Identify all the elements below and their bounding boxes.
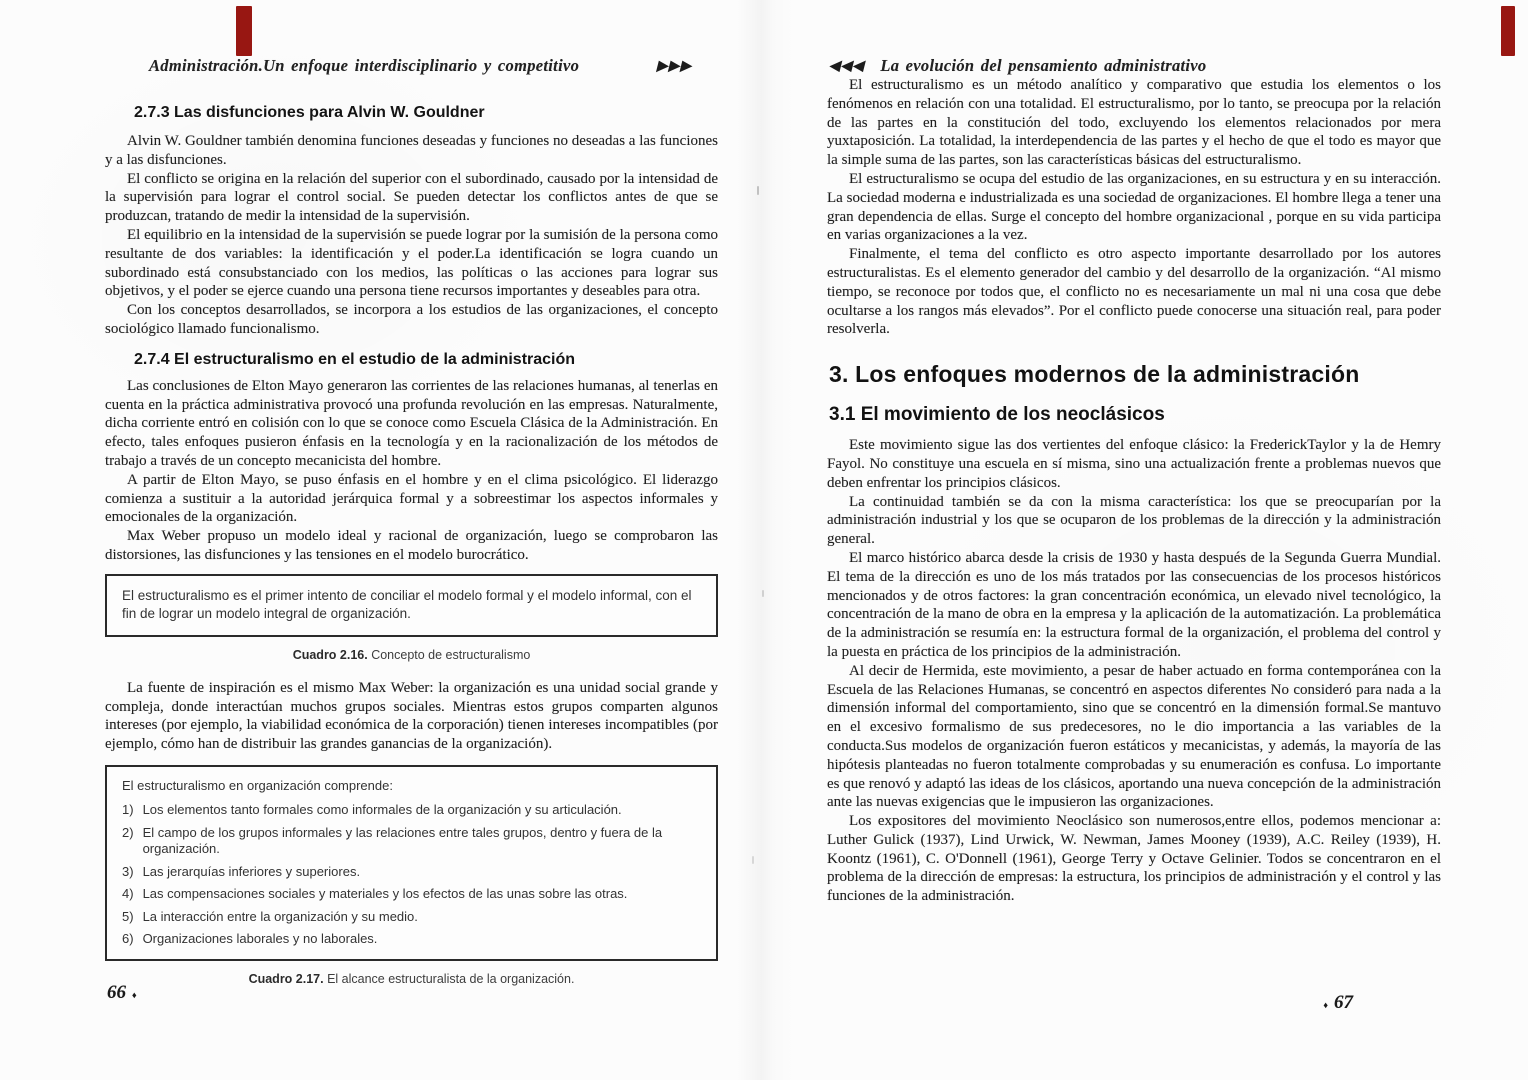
paragraph: El conflicto se origina en la relación d…: [105, 170, 718, 226]
item-number: 2): [122, 825, 134, 858]
list-box-intro: El estructuralismo en organización compr…: [122, 778, 701, 795]
diamond-mark-icon: ♦: [1323, 1000, 1328, 1010]
item-text: Los elementos tanto formales como inform…: [143, 802, 701, 819]
caption-text: El alcance estructuralista de la organiz…: [327, 972, 574, 986]
list-item: 6) Organizaciones laborales y no laboral…: [122, 931, 701, 948]
paragraph: A partir de Elton Mayo, se puso énfasis …: [105, 471, 718, 527]
caption-text: Concepto de estructuralismo: [371, 648, 530, 662]
paragraph: El equilibrio en la intensidad de la sup…: [105, 226, 718, 301]
gutter-artifact: [762, 590, 764, 597]
paragraph: Este movimiento sigue las dos vertientes…: [827, 436, 1441, 492]
item-text: Las jerarquías inferiores y superiores.: [143, 864, 701, 881]
paragraph: El estructuralismo se ocupa del estudio …: [827, 170, 1441, 245]
chapter-heading-3: 3. Los enfoques modernos de la administr…: [829, 361, 1441, 388]
left-page: Administración.Un enfoque interdisciplin…: [105, 0, 718, 1080]
list-item: 4) Las compensaciones sociales y materia…: [122, 886, 701, 903]
paragraph: El marco histórico abarca desde la crisi…: [827, 549, 1441, 662]
section-heading-31: 3.1 El movimiento de los neoclásicos: [829, 404, 1441, 426]
running-head-text: La evolución del pensamiento administrat…: [880, 56, 1206, 76]
item-number: 4): [122, 886, 134, 903]
item-text: La interacción entre la organización y s…: [143, 909, 701, 926]
box-caption-217: Cuadro 2.17. El alcance estructuralista …: [105, 972, 718, 986]
item-number: 3): [122, 864, 134, 881]
paragraph: Los expositores del movimiento Neoclásic…: [827, 812, 1441, 906]
paragraph: Las conclusiones de Elton Mayo generaron…: [105, 377, 718, 471]
paragraph: Max Weber propuso un modelo ideal y raci…: [105, 527, 718, 565]
diamond-mark-icon: ♦: [132, 990, 137, 1000]
list-item: 3) Las jerarquías inferiores y superiore…: [122, 864, 701, 881]
page-number-66: 66 ♦: [107, 982, 137, 1004]
concept-box-estructuralismo: El estructuralismo es el primer intento …: [105, 574, 718, 637]
page-number-67: ♦ 67: [1323, 992, 1353, 1014]
paragraph: Finalmente, el tema del conflicto es otr…: [827, 245, 1441, 339]
scan-mark-right: [1501, 6, 1515, 56]
list-item: 2) El campo de los grupos informales y l…: [122, 825, 701, 858]
arrows-right-icon: ▶▶▶: [657, 58, 692, 75]
running-head-text: Administración.Un enfoque interdisciplin…: [149, 56, 579, 76]
paragraph: El estructuralismo es un método analític…: [827, 76, 1441, 170]
item-number: 6): [122, 931, 134, 948]
running-head-left: Administración.Un enfoque interdisciplin…: [149, 56, 718, 76]
item-text: El campo de los grupos informales y las …: [143, 825, 701, 858]
caption-label: Cuadro 2.17.: [249, 972, 324, 986]
paragraph: Alvin W. Gouldner también denomina funci…: [105, 132, 718, 170]
item-text: Organizaciones laborales y no laborales.: [143, 931, 701, 948]
concept-box-text: El estructuralismo es el primer intento …: [122, 588, 692, 621]
paragraph: La continuidad también se da con la mism…: [827, 493, 1441, 549]
box-caption-216: Cuadro 2.16. Concepto de estructuralismo: [105, 648, 718, 662]
gutter-artifact: [757, 186, 759, 195]
item-number: 5): [122, 909, 134, 926]
item-text: Las compensaciones sociales y materiales…: [143, 886, 701, 903]
list-item: 1) Los elementos tanto formales como inf…: [122, 802, 701, 819]
paragraph: La fuente de inspiración es el mismo Max…: [105, 679, 718, 754]
page-number-value: 67: [1334, 992, 1353, 1014]
caption-label: Cuadro 2.16.: [293, 648, 368, 662]
list-item: 5) La interacción entre la organización …: [122, 909, 701, 926]
section-heading-274: 2.7.4 El estructuralismo en el estudio d…: [134, 351, 718, 369]
right-page: ◀◀◀ La evolución del pensamiento adminis…: [827, 0, 1441, 1080]
section-heading-273: 2.7.3 Las disfunciones para Alvin W. Gou…: [134, 104, 718, 122]
page-number-value: 66: [107, 982, 126, 1004]
arrows-left-icon: ◀◀◀: [829, 58, 864, 75]
gutter-artifact: [752, 856, 754, 864]
list-box-alcance: El estructuralismo en organización compr…: [105, 765, 718, 961]
running-head-right: ◀◀◀ La evolución del pensamiento adminis…: [829, 56, 1441, 76]
item-number: 1): [122, 802, 134, 819]
paragraph: Al decir de Hermida, este movimiento, a …: [827, 662, 1441, 812]
paragraph: Con los conceptos desarrollados, se inco…: [105, 301, 718, 339]
